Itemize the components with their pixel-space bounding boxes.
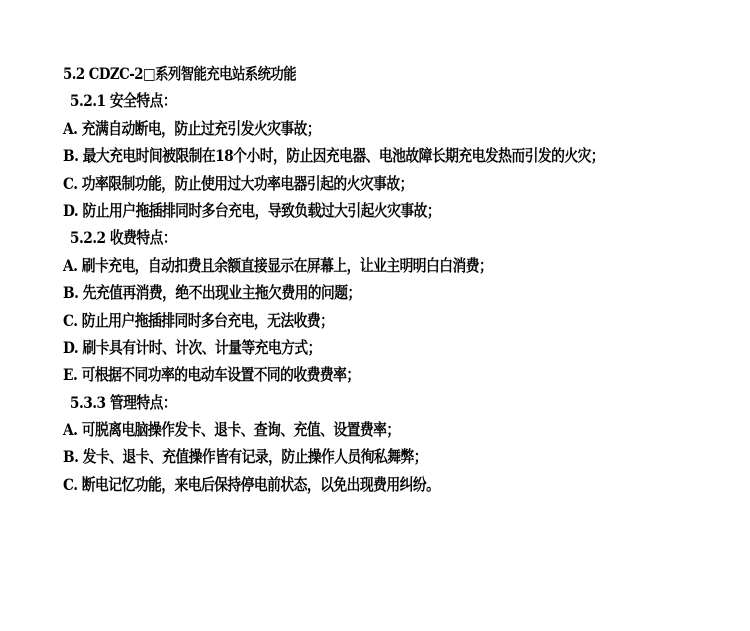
list-item: D. 刷卡具有计时、计次、计量等充电方式；: [63, 334, 648, 361]
section-heading-management: 5.3.3 管理特点：: [63, 389, 648, 416]
list-item: C. 防止用户拖插排同时多台充电，无法收费；: [63, 307, 648, 334]
list-item: A. 刷卡充电，自动扣费且余额直接显示在屏幕上，让业主明明白白消费；: [63, 252, 648, 279]
list-item: D. 防止用户拖插排同时多台充电，导致负载过大引起火灾事故；: [63, 197, 648, 224]
list-item: C. 功率限制功能，防止使用过大功率电器引起的火灾事故；: [63, 170, 648, 197]
list-item: E. 可根据不同功率的电动车设置不同的收费费率；: [63, 361, 648, 388]
section-heading-billing: 5.2.2 收费特点：: [63, 224, 648, 251]
list-item: C. 断电记忆功能，来电后保持停电前状态，以免出现费用纠纷。: [63, 471, 648, 498]
document-body: 5.2 CDZC-2□系列智能充电站系统功能 5.2.1 安全特点： A. 充满…: [63, 60, 743, 498]
list-item: A. 充满自动断电，防止过充引发火灾事故；: [63, 115, 648, 142]
list-item: A. 可脱离电脑操作发卡、退卡、查询、充值、设置费率；: [63, 416, 648, 443]
list-item: B. 发卡、退卡、充值操作皆有记录，防止操作人员徇私舞弊；: [63, 443, 648, 470]
section-heading-safety: 5.2.1 安全特点：: [63, 87, 648, 114]
list-item: B. 先充值再消费，绝不出现业主拖欠费用的问题；: [63, 279, 648, 306]
document-title: 5.2 CDZC-2□系列智能充电站系统功能: [63, 60, 648, 87]
list-item: B. 最大充电时间被限制在18个小时，防止因充电器、电池故障长期充电发热而引发的…: [63, 142, 648, 169]
